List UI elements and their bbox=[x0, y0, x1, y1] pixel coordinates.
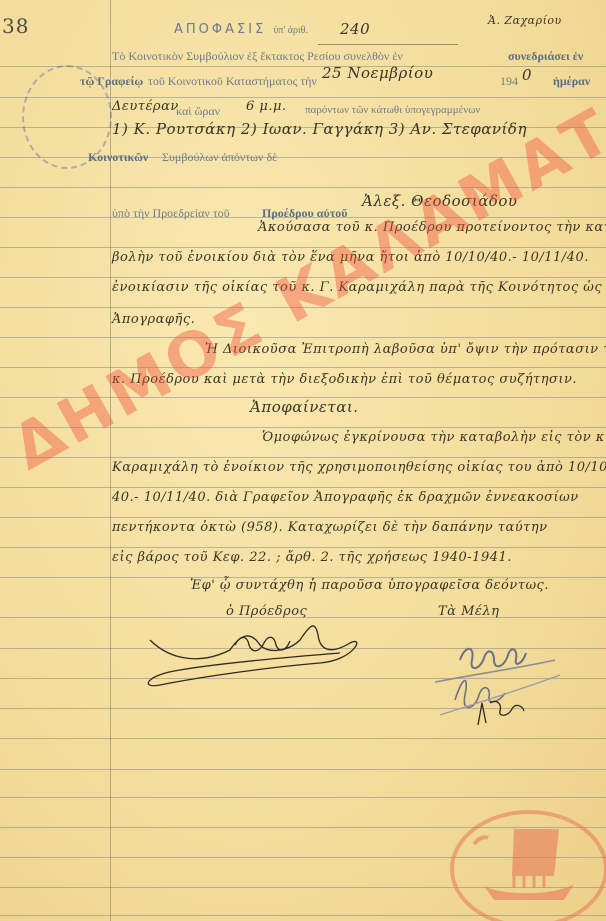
body-line: εἰς βάρος τοῦ Κεφ. 22. ; ἄρθ. 2. τῆς χρή… bbox=[112, 550, 512, 565]
margin-line bbox=[110, 0, 111, 921]
body-line: κ. Προέδρου καὶ μετὰ τὴν διεξοδικὴν ἐπὶ … bbox=[112, 372, 577, 387]
rule-line bbox=[0, 797, 606, 798]
rule-line bbox=[0, 277, 606, 278]
form-line-1: Τὸ Κοινοτικὸν Συμβούλιον ἐξ ἔκτακτος Ρεσ… bbox=[112, 49, 403, 64]
body-line: Ὁμοφώνως ἐγκρίνουσα τὴν καταβολὴν εἰς τὸ… bbox=[262, 430, 606, 445]
form-line-1-bold: συνεδριάσει ἐν bbox=[508, 49, 583, 64]
meeting-date: 25 Νοεμβρίου bbox=[322, 64, 433, 82]
body-line: Ἡ Διοικοῦσα Ἐπιτροπὴ λαβοῦσα ὑπ' ὄψιν τὴ… bbox=[205, 342, 606, 357]
ship-icon bbox=[454, 814, 604, 921]
form-year-digit: 0 bbox=[522, 66, 532, 84]
page-number: 38 bbox=[2, 14, 29, 38]
body-line: Καραμιχάλη τὸ ἐνοίκιον τῆς χρησιμοποιηθε… bbox=[112, 460, 606, 475]
form-line-2-day: ἡμέραν bbox=[553, 74, 590, 89]
body-line-closing: Ἐφ' ᾧ συντάχθη ἡ παροῦσα ὑπογραφεῖσα δεό… bbox=[190, 578, 549, 593]
form-line-2-bold: τῷ Γραφείῳ bbox=[80, 74, 143, 89]
form-line-5: Συμβούλων ἀπόντων δὲ bbox=[162, 150, 277, 165]
rule-line bbox=[0, 738, 606, 739]
rule-line bbox=[0, 367, 606, 368]
rule-line bbox=[0, 66, 606, 67]
form-line-6: ὑπὸ τὴν Προεδρείαν τοῦ bbox=[112, 206, 230, 221]
decision-number-blank bbox=[318, 44, 458, 45]
president-name: Ἀλεξ. Θεοδοσιάδου bbox=[362, 192, 518, 210]
title-text: ΑΠΟΦΑΣΙΣ bbox=[174, 22, 266, 37]
members-label: Τὰ Μέλη bbox=[438, 604, 499, 619]
member-signatures bbox=[430, 620, 570, 730]
body-line: Ἀπογραφῆς. bbox=[112, 312, 195, 327]
body-line: 40.- 10/11/40. διὰ Γραφεῖον Ἀπογραφῆς ἐκ… bbox=[112, 490, 579, 505]
form-line-3-end: παρόντων τῶν κάτωθι ὑπογεγραμμένων bbox=[305, 104, 480, 116]
ship-logo-stamp bbox=[450, 810, 606, 921]
rule-line bbox=[0, 187, 606, 188]
form-text: Τὸ Κοινοτικὸν Συμβούλιον ἐξ ἔκτακτος Ρεσ… bbox=[112, 49, 403, 63]
president-signature bbox=[140, 615, 370, 695]
rule-line bbox=[0, 337, 606, 338]
margin-note-top-right: Ἀ. Ζαχαρίου bbox=[488, 14, 562, 27]
meeting-day: Δευτέραν bbox=[112, 99, 179, 114]
rule-line bbox=[0, 487, 606, 488]
rule-line bbox=[0, 517, 606, 518]
form-line-3: καὶ ὥραν bbox=[176, 104, 220, 119]
title-suffix: ὑπ' ἀριθ. bbox=[273, 25, 308, 36]
form-line-2: τοῦ Κοινοτικοῦ Καταστήματος τὴν bbox=[148, 74, 317, 89]
body-line: πεντήκοντα ὀκτὼ (958). Καταχωρίζει δὲ τὴ… bbox=[112, 520, 548, 535]
form-line-5-bold: Κοινοτικῶν bbox=[88, 150, 148, 165]
body-line: βολὴν τοῦ ἐνοικίου διὰ τὸν ἕνα μῆνα ἤτοι… bbox=[112, 250, 589, 265]
rule-line bbox=[0, 769, 606, 770]
form-line-6-bold: Προέδρου αὐτοῦ bbox=[262, 206, 347, 221]
rule-line bbox=[0, 307, 606, 308]
document-title: ΑΠΟΦΑΣΙΣ ὑπ' ἀριθ. bbox=[174, 22, 308, 37]
members-present: 1) Κ. Ρουτσάκη 2) Ιωαν. Γαγγάκη 3) Αν. Σ… bbox=[112, 120, 527, 138]
rule-line bbox=[0, 457, 606, 458]
rule-line bbox=[0, 247, 606, 248]
form-year-prefix: 194 bbox=[500, 74, 518, 89]
body-line: ἐνοικίασιν τῆς οἰκίας τοῦ κ. Γ. Καραμιχά… bbox=[112, 280, 606, 295]
decision-number: 240 bbox=[340, 20, 370, 38]
body-heading-decides: Ἀποφαίνεται. bbox=[250, 398, 358, 416]
document-page: 38 ΑΠΟΦΑΣΙΣ ὑπ' ἀριθ. 240 Ἀ. Ζαχαρίου Τὸ… bbox=[0, 0, 606, 921]
meeting-time: 6 μ.μ. bbox=[246, 99, 287, 114]
rule-line bbox=[0, 427, 606, 428]
rule-line bbox=[0, 547, 606, 548]
body-line: Ἀκούσασα τοῦ κ. Προέδρου προτείνοντος τὴ… bbox=[258, 220, 606, 235]
